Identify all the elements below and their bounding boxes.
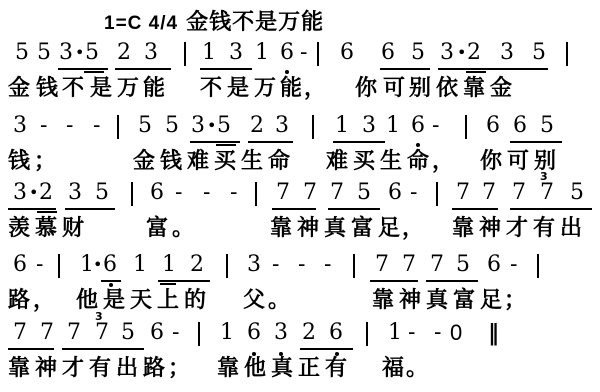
note: 5 bbox=[95, 180, 109, 206]
dot-rhythm: • bbox=[457, 40, 466, 66]
lyric-char: 你 bbox=[355, 76, 379, 102]
note: 3 bbox=[274, 320, 288, 346]
lyric-char: 富 bbox=[146, 216, 170, 242]
barline bbox=[353, 254, 355, 278]
note: 6 bbox=[388, 180, 402, 206]
lyric-char: 靠 bbox=[452, 216, 476, 242]
dash: - bbox=[40, 113, 47, 139]
note: 7 bbox=[276, 180, 290, 206]
dot-rhythm: • bbox=[29, 180, 38, 206]
underline bbox=[216, 144, 236, 146]
lyric-char: 足 bbox=[480, 288, 504, 314]
dash: - bbox=[36, 252, 43, 278]
note: 1 bbox=[255, 40, 269, 66]
lyric-char: 命 bbox=[407, 149, 431, 175]
note: 7 bbox=[482, 180, 496, 206]
underline bbox=[466, 71, 486, 73]
dash: - bbox=[230, 180, 237, 206]
lyric-char: 金 bbox=[8, 76, 32, 102]
lyric-char: 能 bbox=[280, 76, 304, 102]
dash: - bbox=[66, 113, 73, 139]
lyric-char: 神 bbox=[399, 288, 423, 314]
dash: - bbox=[272, 252, 279, 278]
note: 7 bbox=[330, 180, 344, 206]
lyric-char: 不 bbox=[62, 76, 86, 102]
underline bbox=[272, 208, 316, 210]
lyric-char: 富 bbox=[453, 288, 477, 314]
lyric-char: 不 bbox=[200, 76, 224, 102]
key-signature: 1=C 4/4 bbox=[104, 13, 178, 35]
dash: - bbox=[324, 252, 331, 278]
underline bbox=[37, 211, 57, 213]
lyric-char: 难 bbox=[326, 149, 350, 175]
lyric-char: 是 bbox=[103, 288, 127, 314]
lyric-char: 生 bbox=[241, 149, 265, 175]
lyric-char: 买 bbox=[353, 149, 377, 175]
barline bbox=[465, 115, 467, 139]
dot-rhythm: • bbox=[75, 40, 84, 66]
note: 3 bbox=[68, 180, 82, 206]
note: 6 bbox=[340, 40, 354, 66]
note: 5 bbox=[121, 320, 135, 346]
note: 1 bbox=[162, 252, 176, 278]
lyric-char: 天 bbox=[130, 288, 154, 314]
note: 2 bbox=[250, 113, 264, 139]
note: 6 bbox=[329, 320, 343, 346]
lyric-char: 靠 bbox=[463, 76, 487, 102]
note: 3 bbox=[59, 40, 73, 66]
barline bbox=[436, 182, 438, 206]
lyric-char: 出 bbox=[560, 216, 584, 242]
note: 5 bbox=[165, 113, 179, 139]
note: 3 bbox=[275, 113, 289, 139]
note: 5 bbox=[540, 113, 554, 139]
underline bbox=[190, 141, 240, 143]
underline bbox=[115, 68, 171, 70]
barline bbox=[117, 115, 119, 139]
lyric-char: 他 bbox=[244, 356, 268, 382]
underline bbox=[160, 283, 176, 285]
dash: - bbox=[203, 180, 210, 206]
lyric-char: 才 bbox=[62, 356, 86, 382]
note: 1 bbox=[386, 113, 400, 139]
lyric-char: 的 bbox=[184, 288, 208, 314]
note: 6 bbox=[381, 40, 395, 66]
underline bbox=[200, 68, 252, 70]
lyric-char: 钱 bbox=[36, 76, 60, 102]
note: 1 bbox=[133, 252, 147, 278]
barline bbox=[317, 42, 319, 66]
dot-rhythm: • bbox=[93, 252, 102, 278]
lyric-char: ； bbox=[168, 356, 192, 382]
dash: - bbox=[93, 113, 100, 139]
underline bbox=[510, 208, 592, 210]
note: 3 bbox=[500, 40, 514, 66]
lyric-char: 命 bbox=[268, 149, 292, 175]
lyric-char: 。 bbox=[406, 356, 430, 382]
note: 6 bbox=[280, 40, 294, 66]
note: 1 bbox=[388, 320, 402, 346]
note: 2 bbox=[467, 40, 481, 66]
note: 2 bbox=[117, 40, 131, 66]
lyric-char: 生 bbox=[380, 149, 404, 175]
lyric-char: 真 bbox=[324, 216, 348, 242]
lyric-char: 靠 bbox=[217, 356, 241, 382]
note: 3 bbox=[13, 180, 27, 206]
note: 3 bbox=[144, 40, 158, 66]
underline bbox=[380, 68, 430, 70]
lyric-char: ； bbox=[504, 288, 528, 314]
underline bbox=[65, 208, 115, 210]
underline bbox=[333, 141, 385, 143]
lyric-char: 靠 bbox=[372, 288, 396, 314]
barline bbox=[366, 322, 368, 346]
underline bbox=[328, 208, 380, 210]
lyric-char: 富 bbox=[351, 216, 375, 242]
barline bbox=[566, 42, 568, 66]
lyric-char: 福 bbox=[382, 356, 406, 382]
lyric-char: 有 bbox=[325, 356, 349, 382]
note: 6 bbox=[487, 252, 501, 278]
lyric-char: 有 bbox=[89, 356, 113, 382]
note: 5 bbox=[532, 40, 546, 66]
lyric-char: ， bbox=[33, 288, 57, 314]
note: 1 bbox=[335, 113, 349, 139]
barline bbox=[537, 254, 539, 278]
lyric-char: 万 bbox=[117, 76, 141, 102]
dash: - bbox=[434, 320, 441, 346]
note: 5 bbox=[411, 40, 425, 66]
underline bbox=[8, 208, 56, 210]
lyric-char: ， bbox=[402, 216, 426, 242]
lyric-char: 路 bbox=[143, 356, 167, 382]
note: 3 bbox=[440, 40, 454, 66]
note: 7 bbox=[402, 252, 416, 278]
lyric-char: 靠 bbox=[270, 216, 294, 242]
rest: 0 bbox=[450, 320, 462, 346]
barline bbox=[184, 42, 186, 66]
lyric-char: 出 bbox=[116, 356, 140, 382]
lyric-char: 。 bbox=[172, 216, 196, 242]
lyric-char: 依 bbox=[436, 76, 460, 102]
note: 6 bbox=[13, 252, 27, 278]
underline bbox=[248, 141, 293, 143]
barline bbox=[226, 254, 228, 278]
dash: - bbox=[510, 252, 517, 278]
note: 5 bbox=[85, 40, 99, 66]
note: 1 bbox=[80, 252, 94, 278]
lyric-char: ； bbox=[34, 149, 58, 175]
underline bbox=[426, 280, 478, 282]
note: 7 bbox=[375, 252, 389, 278]
note: 3 bbox=[13, 113, 27, 139]
note: 2 bbox=[190, 252, 204, 278]
note: 7 bbox=[430, 252, 444, 278]
note: 7 bbox=[40, 320, 54, 346]
lyric-char: 金 bbox=[133, 149, 157, 175]
lyric-char: 难 bbox=[187, 149, 211, 175]
note: 5 bbox=[37, 40, 51, 66]
note: 3 bbox=[191, 113, 205, 139]
lyric-char: 钱 bbox=[8, 149, 32, 175]
lyric-char: 可 bbox=[383, 76, 407, 102]
note: 5 bbox=[138, 113, 152, 139]
triplet-mark: 3 bbox=[540, 164, 548, 190]
note: 1 bbox=[220, 320, 234, 346]
underline bbox=[510, 141, 562, 143]
dash: - bbox=[410, 180, 417, 206]
lyric-char: 靠 bbox=[8, 356, 32, 382]
lyric-char: 可 bbox=[507, 149, 531, 175]
song-title: 金钱不是万能 bbox=[186, 5, 324, 36]
lyric-char: 金 bbox=[490, 76, 514, 102]
note: 3 bbox=[362, 113, 376, 139]
dash: - bbox=[298, 252, 305, 278]
dash: - bbox=[175, 180, 182, 206]
score-header: 1=C 4/4 金钱不是万能 bbox=[104, 5, 324, 35]
note: 7 bbox=[303, 180, 317, 206]
lyric-char: 。 bbox=[268, 288, 292, 314]
note: 5 bbox=[217, 113, 231, 139]
note: 6 bbox=[486, 113, 500, 139]
lyric-char: 你 bbox=[480, 149, 504, 175]
note: 7 bbox=[67, 320, 81, 346]
note: 2 bbox=[302, 320, 316, 346]
note: 5 bbox=[15, 40, 29, 66]
final-barline: ‖ bbox=[488, 320, 499, 346]
lyric-char: 才 bbox=[506, 216, 530, 242]
barline bbox=[58, 254, 60, 278]
underline bbox=[62, 348, 144, 350]
dot-rhythm: • bbox=[207, 113, 216, 139]
underline bbox=[300, 348, 353, 350]
lyric-char: 买 bbox=[214, 149, 238, 175]
lower-octave-dot bbox=[416, 143, 420, 147]
lower-octave-dot bbox=[285, 70, 289, 74]
lyric-char: 神 bbox=[479, 216, 503, 242]
note: 5 bbox=[570, 180, 584, 206]
dash: - bbox=[432, 113, 439, 139]
note: 6 bbox=[150, 180, 164, 206]
lower-octave-dot bbox=[109, 283, 113, 287]
note: 5 bbox=[357, 180, 371, 206]
barline bbox=[198, 322, 200, 346]
lyric-char: 真 bbox=[271, 356, 295, 382]
note: 6 bbox=[247, 320, 261, 346]
underline bbox=[438, 68, 548, 70]
lyric-char: 有 bbox=[533, 216, 557, 242]
underline bbox=[370, 280, 418, 282]
lyric-char: 父 bbox=[243, 288, 267, 314]
note: 1 bbox=[202, 40, 216, 66]
underline bbox=[452, 208, 498, 210]
lyric-char: ， bbox=[432, 149, 456, 175]
lyric-char: 羡 bbox=[8, 216, 32, 242]
lyric-char: 慕 bbox=[35, 216, 59, 242]
underline bbox=[158, 280, 210, 282]
lyric-char: 钱 bbox=[160, 149, 184, 175]
lyric-char: ， bbox=[304, 76, 328, 102]
note: 7 bbox=[512, 180, 526, 206]
note: 5 bbox=[456, 252, 470, 278]
triplet-mark: 3 bbox=[95, 304, 103, 330]
note: 7 bbox=[456, 180, 470, 206]
lyric-char: 是 bbox=[90, 76, 114, 102]
dash: - bbox=[300, 40, 307, 66]
note: 6 bbox=[103, 252, 117, 278]
lyric-char: 真 bbox=[426, 288, 450, 314]
lyric-char: 上 bbox=[157, 288, 181, 314]
lyric-char: 足 bbox=[378, 216, 402, 242]
lyric-char: 神 bbox=[297, 216, 321, 242]
underline bbox=[8, 348, 54, 350]
barline bbox=[131, 182, 133, 206]
note: 2 bbox=[39, 180, 53, 206]
note: 6 bbox=[150, 320, 164, 346]
underline bbox=[101, 280, 121, 282]
lyric-char: 路 bbox=[8, 288, 32, 314]
underline bbox=[58, 68, 108, 70]
note: 6 bbox=[411, 113, 425, 139]
lyric-char: 能 bbox=[143, 76, 167, 102]
barline bbox=[255, 182, 257, 206]
note: 3 bbox=[247, 252, 261, 278]
lyric-char: 财 bbox=[62, 216, 86, 242]
note: 7 bbox=[13, 320, 27, 346]
lyric-char: 正 bbox=[298, 356, 322, 382]
underline bbox=[84, 71, 104, 73]
lyric-char: 万 bbox=[254, 76, 278, 102]
barline bbox=[312, 115, 314, 139]
note: 3 bbox=[229, 40, 243, 66]
lyric-char: 别 bbox=[409, 76, 433, 102]
lyric-char: 是 bbox=[227, 76, 251, 102]
note: 6 bbox=[513, 113, 527, 139]
lyric-char: 神 bbox=[35, 356, 59, 382]
dash: - bbox=[408, 320, 415, 346]
dash: - bbox=[172, 320, 179, 346]
